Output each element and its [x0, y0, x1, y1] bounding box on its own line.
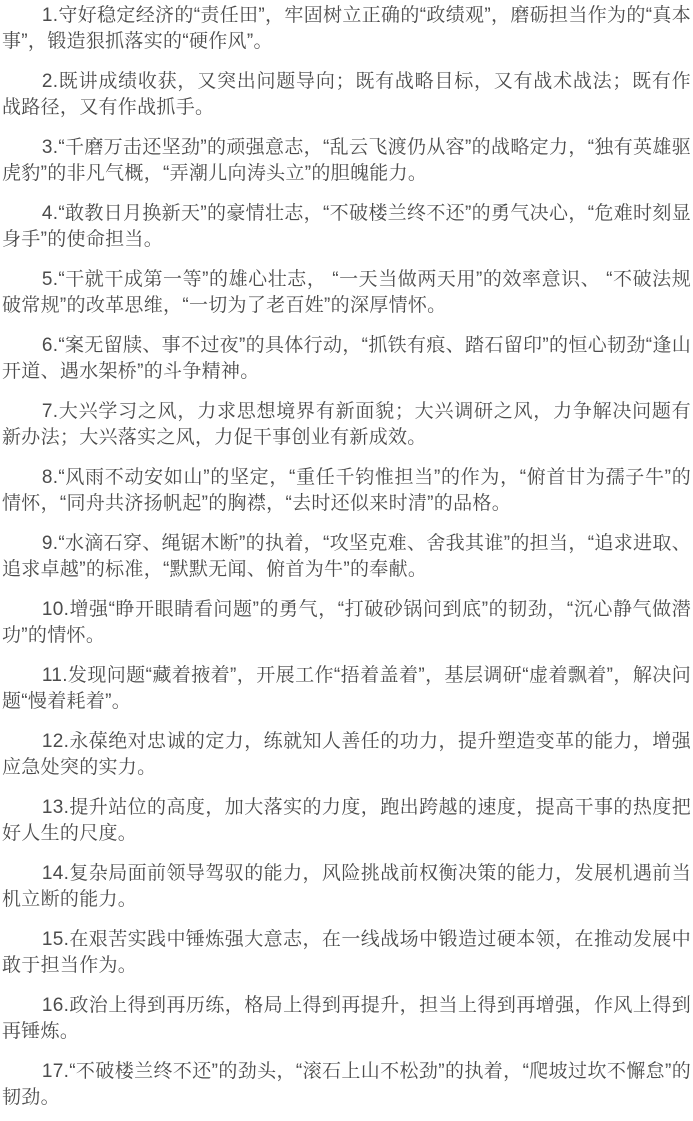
paragraph-1: 1.守好稳定经济的“责任田”，牢固树立正确的“政绩观”，磨砺担当作为的“真本事”…	[2, 3, 691, 55]
paragraph-4: 4.“敢教日月换新天”的豪情壮志，“不破楼兰终不还”的勇气决心，“危难时刻显身手…	[2, 201, 691, 253]
paragraph-8: 8.“风雨不动安如山”的坚定，“重任千钧惟担当”的作为，“俯首甘为孺子牛”的情怀…	[2, 465, 691, 517]
paragraph-13: 13.提升站位的高度，加大落实的力度，跑出跨越的速度，提高干事的热度把好人生的尺…	[2, 795, 691, 847]
paragraph-6: 6.“案无留牍、事不过夜”的具体行动，“抓铁有痕、踏石留印”的恒心韧劲“逢山开道…	[2, 333, 691, 385]
paragraph-12: 12.永葆绝对忠诚的定力，练就知人善任的功力，提升塑造变革的能力，增强应急处突的…	[2, 729, 691, 781]
paragraph-15: 15.在艰苦实践中锤炼强大意志，在一线战场中锻造过硬本领，在推动发展中敢于担当作…	[2, 927, 691, 979]
paragraph-9: 9.“水滴石穿、绳锯木断”的执着，“攻坚克难、舍我其谁”的担当，“追求进取、追求…	[2, 531, 691, 583]
paragraph-2: 2.既讲成绩收获，又突出问题导向；既有战略目标，又有战术战法；既有作战路径，又有…	[2, 69, 691, 121]
paragraph-17: 17.“不破楼兰终不还”的劲头，“滚石上山不松劲”的执着，“爬坡过坎不懈怠”的韧…	[2, 1059, 691, 1111]
paragraph-11: 11.发现问题“藏着掖着”，开展工作“捂着盖着”，基层调研“虚着飘着”，解决问题…	[2, 663, 691, 715]
paragraph-3: 3.“千磨万击还坚劲”的顽强意志，“乱云飞渡仍从容”的战略定力，“独有英雄驱虎豹…	[2, 135, 691, 187]
paragraph-10: 10.增强“睁开眼睛看问题”的勇气，“打破砂锅问到底”的韧劲，“沉心静气做潜功”…	[2, 597, 691, 649]
paragraph-5: 5.“干就干成第一等”的雄心壮志， “一天当做两天用”的效率意识、 “不破法规破…	[2, 267, 691, 319]
paragraph-16: 16.政治上得到再历练，格局上得到再提升，担当上得到再增强，作风上得到再锤炼。	[2, 993, 691, 1045]
paragraph-7: 7.大兴学习之风，力求思想境界有新面貌；大兴调研之风，力争解决问题有新办法；大兴…	[2, 399, 691, 451]
document-page: 1.守好稳定经济的“责任田”，牢固树立正确的“政绩观”，磨砺担当作为的“真本事”…	[0, 0, 693, 1121]
paragraph-14: 14.复杂局面前领导驾驭的能力，风险挑战前权衡决策的能力，发展机遇前当机立断的能…	[2, 861, 691, 913]
